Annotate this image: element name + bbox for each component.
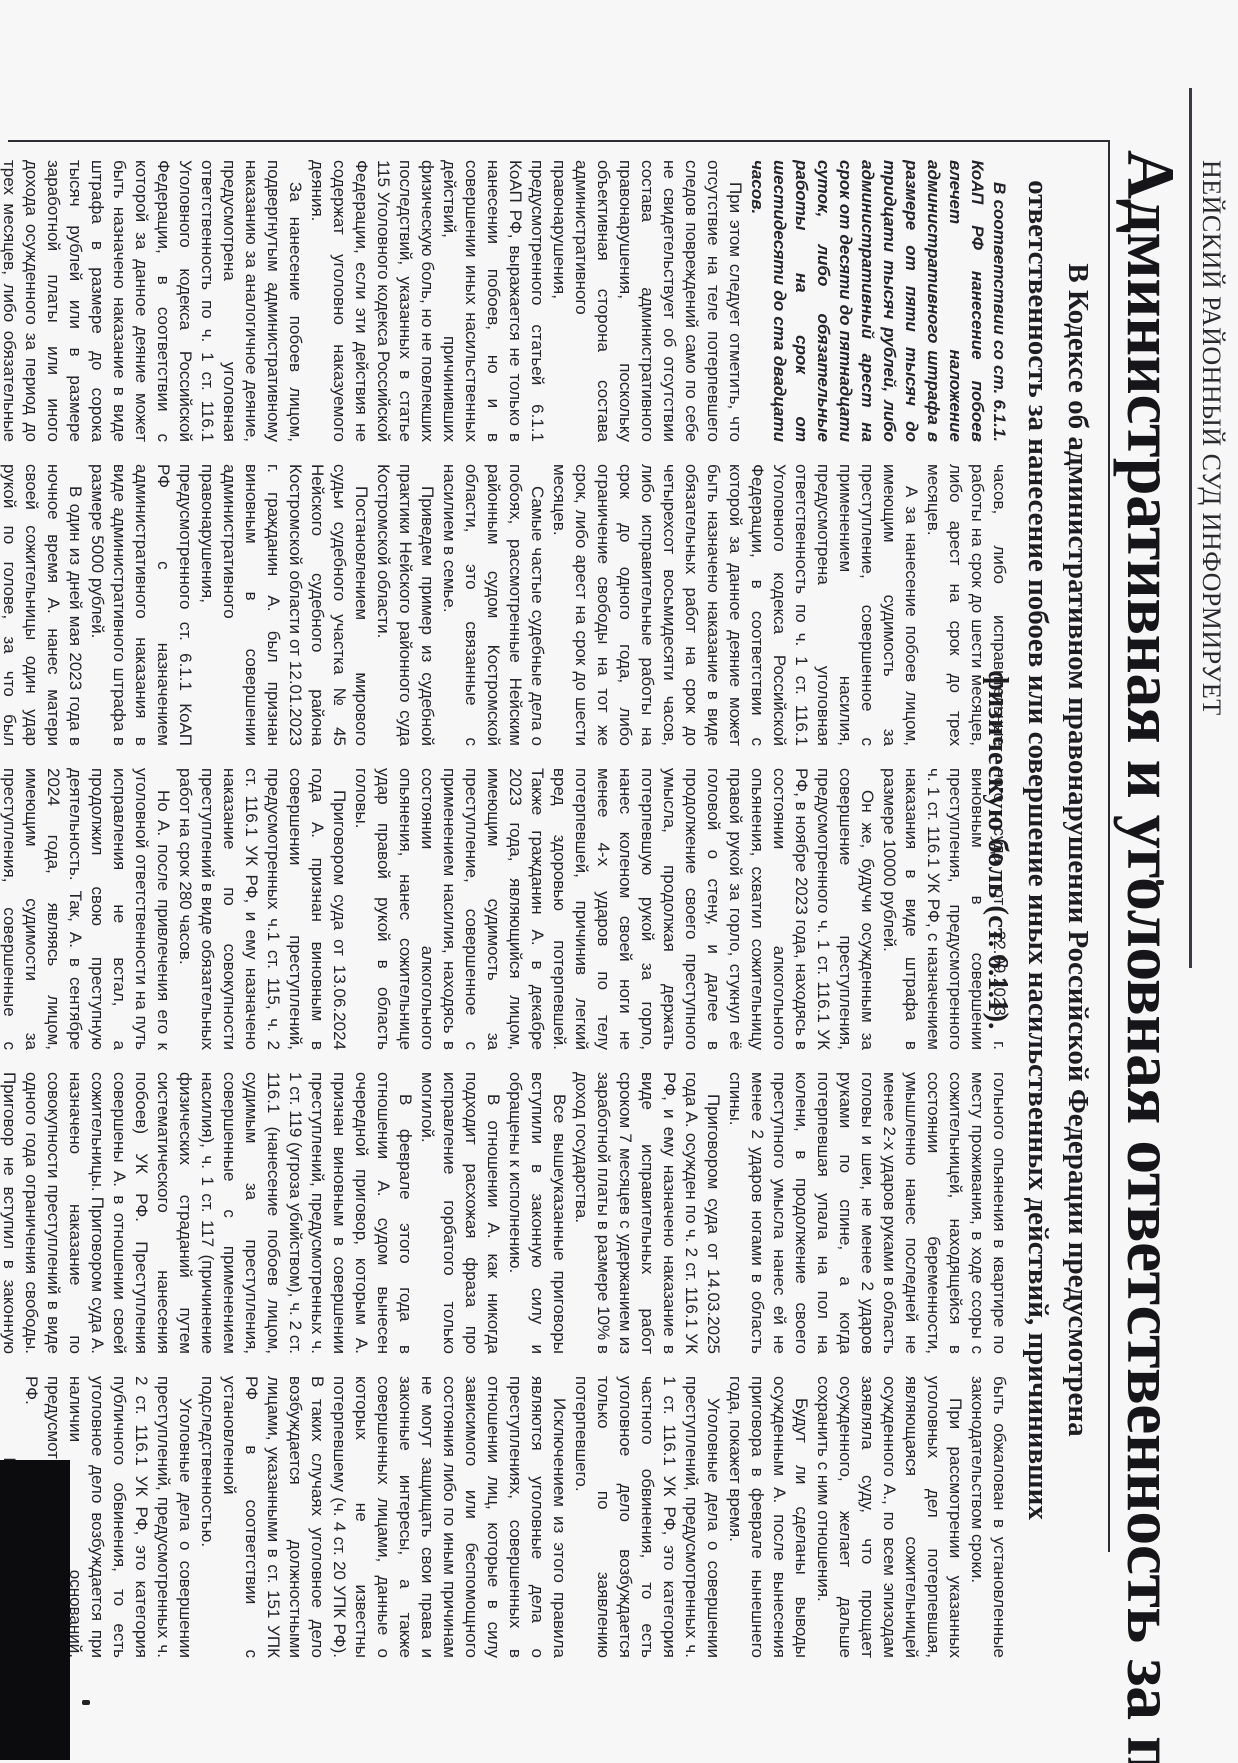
paragraph: Приговором суда от 13.06.2024 года А. пр… — [174, 768, 350, 1050]
paragraph: Постановлением мирового судьи судебного … — [86, 464, 372, 746]
column-3: ного суда от 22.09.2023 г. виновным в со… — [0, 768, 1010, 1050]
paragraph: гольного опьянения в квартире по месту п… — [724, 1072, 1010, 1354]
column-5: быть обжалован в установленные законодат… — [0, 1376, 1010, 1658]
article-headline: Административная и уголовная ответственн… — [1114, 150, 1188, 1763]
kicker-divider — [1189, 88, 1192, 968]
paragraph: В феврале этого года в отношении А. судо… — [0, 1072, 416, 1354]
paragraph: Исключением из этого правила являются уг… — [196, 1376, 570, 1658]
paragraph: быть обжалован в установленные законодат… — [966, 1376, 1010, 1658]
paragraph: Уголовные дела о совершении преступлений… — [570, 1376, 724, 1658]
section-kicker: НЕЙСКИЙ РАЙОННЫЙ СУД ИНФОРМИРУЕТ — [1196, 160, 1226, 930]
paragraph: Будут ли сделаны выводы осужденным А. по… — [724, 1376, 812, 1658]
paragraph: В отношении А. как никогда подходит расх… — [416, 1072, 504, 1354]
paragraph: часов, либо исправительные работы на сро… — [922, 464, 1010, 746]
scan-speck — [1156, 880, 1164, 885]
paragraph: В один из дней мая 2023 года в ночное вр… — [0, 464, 86, 746]
paragraph: При этом следует отметить, что отсутстви… — [306, 160, 746, 442]
paragraph: Приведем пример из судебной практики Ней… — [372, 464, 438, 746]
paragraph: Он же, будучи осужденным за совершение п… — [350, 768, 878, 1050]
column-4: гольного опьянения в квартире по месту п… — [0, 1072, 1010, 1354]
column-2: часов, либо исправительные работы на сро… — [0, 464, 1010, 746]
paragraph: При рассмотрении указанных уголовных дел… — [812, 1376, 966, 1658]
paragraph: Но А. после привлечения его к уголовной … — [0, 768, 174, 1050]
paragraph: Все вышеуказанные приговоры вступили в з… — [504, 1072, 570, 1354]
paragraph: За нанесение побоев лицом, подвергнутым … — [0, 160, 306, 442]
paragraph: А за нанесение побоев лицом, имеющим суд… — [548, 464, 922, 746]
lead-paragraph: В соответствии со ст. 6.1.1. КоАП РФ нан… — [746, 160, 1010, 442]
newspaper-page: НЕЙСКИЙ РАЙОННЫЙ СУД ИНФОРМИРУЕТ Админис… — [0, 0, 1238, 1763]
paragraph: Приговором суда от 14.03.2025 года А. ос… — [570, 1072, 724, 1354]
article-body: В соответствии со ст. 6.1.1. КоАП РФ нан… — [0, 160, 1010, 1670]
paragraph: Самые частые судебные дела о побоях, рас… — [438, 464, 548, 746]
scan-speck — [82, 1700, 90, 1705]
column-1: В соответствии со ст. 6.1.1. КоАП РФ нан… — [0, 160, 1010, 442]
scan-edge-shadow — [0, 1460, 70, 1760]
paragraph: ного суда от 22.09.2023 г. виновным в со… — [878, 768, 1010, 1050]
